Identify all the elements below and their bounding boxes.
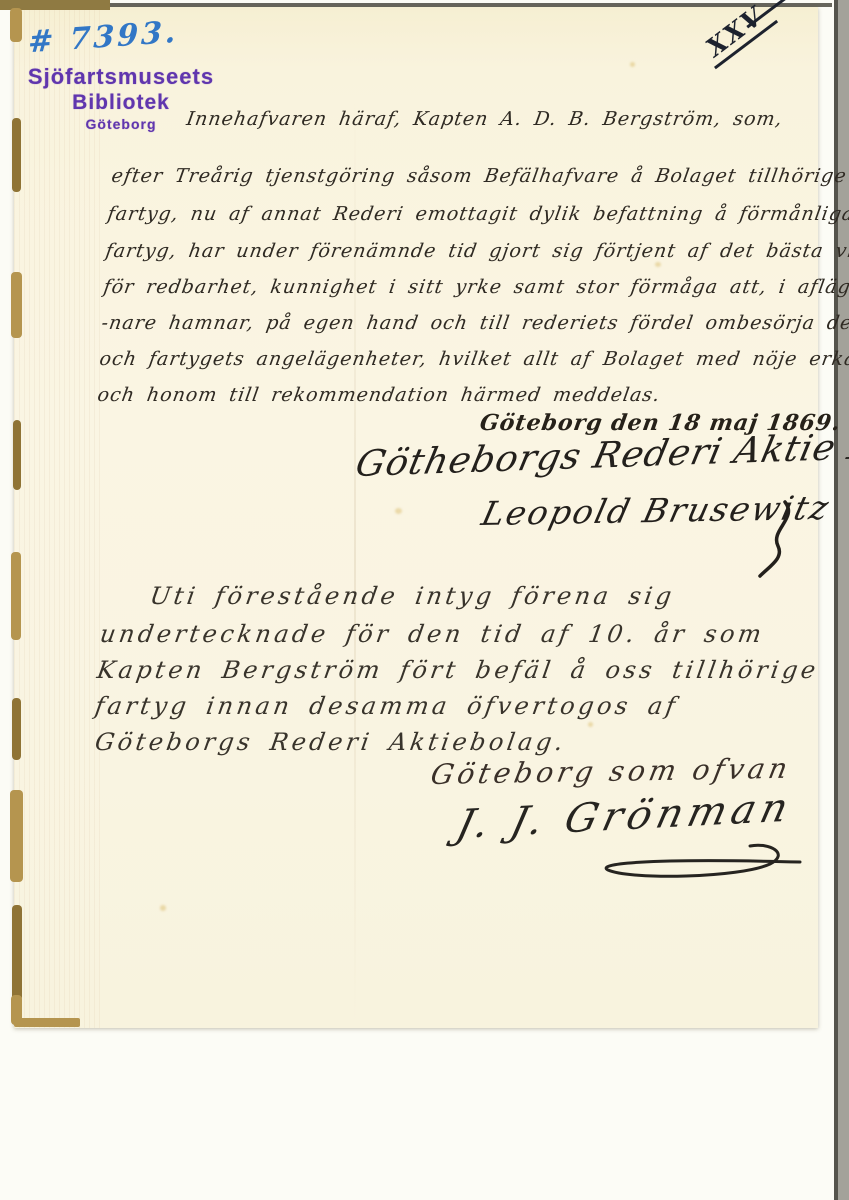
handwritten-line: efter Treårig tjenstgöring såsom Befälha…	[110, 165, 848, 187]
foxing-spot	[655, 262, 661, 267]
torn-edge-fragment	[11, 272, 22, 338]
handwritten-line: Innehafvaren häraf, Kapten A. D. B. Berg…	[185, 108, 784, 130]
handwritten-line: Göteborgs Rederi Aktiebolag.	[93, 728, 568, 756]
foxing-spot	[588, 722, 593, 727]
torn-edge-fragment	[12, 118, 21, 192]
handwritten-line: fartyg, nu af annat Rederi emottagit dyl…	[106, 203, 849, 225]
handwritten-line: och honom till rekommendation härmed med…	[96, 384, 662, 406]
foxing-spot	[630, 62, 635, 67]
handwritten-line: Uti förestående intyg förena sig	[148, 582, 677, 610]
fold-crease	[354, 97, 356, 1027]
torn-edge-foot	[14, 1018, 80, 1027]
signature-flourish	[600, 840, 810, 885]
torn-edge-fragment	[10, 790, 23, 882]
foxing-spot	[160, 905, 166, 911]
stamp-line-1: Sjöfartsmuseets	[26, 64, 216, 90]
handwritten-line: och fartygets angelägenheter, hvilket al…	[98, 348, 849, 370]
torn-edge-fragment	[12, 698, 21, 760]
signature-flourish	[730, 500, 800, 580]
handwritten-line: Kapten Bergström fört befäl å oss tillhö…	[95, 656, 821, 684]
torn-edge-fragment	[11, 552, 21, 640]
paper-texture	[14, 7, 104, 1028]
handwritten-line: undertecknade för den tid af 10. år som	[98, 620, 767, 648]
foxing-spot	[395, 508, 402, 514]
handwritten-line: -nare hamnar, på egen hand och till rede…	[100, 312, 849, 334]
place-line: Göteborg som ofvan	[428, 752, 794, 791]
scanned-document: # 7393. Sjöfartsmuseets Bibliotek Götebo…	[0, 0, 849, 1200]
handwritten-line: fartyg innan desamma öfvertogos af	[93, 692, 681, 720]
handwritten-line: för redbarhet, kunnighet i sitt yrke sam…	[102, 276, 849, 298]
torn-edge-fragment	[10, 8, 22, 42]
torn-edge-fragment	[12, 905, 22, 1001]
handwritten-line: fartyg, har under förenämnde tid gjort s…	[104, 240, 849, 262]
torn-edge-fragment	[13, 420, 21, 490]
